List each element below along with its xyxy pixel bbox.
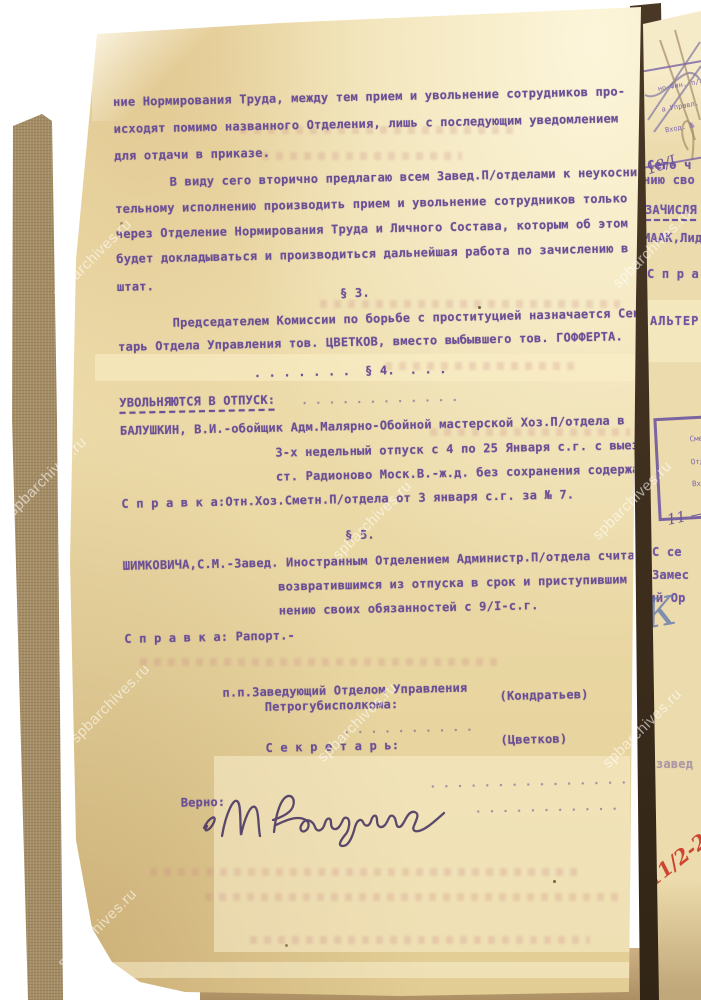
stamp-line: Отдела Упр.: [691, 455, 701, 467]
typed-line: . . . . . . . . . . .: [475, 800, 619, 816]
typed-line: Петрогубисполкома:: [265, 697, 399, 714]
dust-speck: [285, 944, 288, 947]
typed-line: УВОЛЬНЯЮТСЯ В ОТПУСК:: [119, 393, 275, 410]
side-fragment: С се: [652, 545, 682, 559]
typed-line: С п р а в к а: Рапорт.-: [124, 628, 295, 646]
typed-line: ШИМКОВИЧА,С.М.-Завед. Иностранным Отделе…: [123, 548, 643, 573]
typed-line: нению своих обязанностей с 9/I-с.г.: [279, 598, 539, 617]
typed-line: . . . . . . . . . . . .: [301, 391, 458, 407]
typed-line: Председателем Комиссии по борьбе с прост…: [173, 306, 663, 330]
typed-line: БАЛУШКИН, В.И.-обойщик Адм.Малярно-Обойн…: [120, 413, 625, 438]
typed-line: § 5.: [345, 528, 375, 543]
side-fragment: Сего ч: [647, 158, 692, 172]
typed-line: ние Нормирования Труда, между тем прием …: [113, 84, 625, 109]
side-fragment: С п р а: [647, 267, 699, 281]
side-fragment: МААК,Лид: [643, 231, 701, 245]
stamp-line: Вход. №: [664, 121, 694, 134]
side-fragment: ЗАЧИСЛЯ: [645, 203, 697, 217]
side-fragment: Замес: [652, 568, 689, 582]
typed-line: С е к р е т а р ь:: [265, 738, 399, 755]
typed-line: тельному исполнению производить прием и …: [115, 191, 627, 216]
typed-line: через Отделение Нормирования Труда и Лич…: [116, 216, 628, 241]
typed-line: § 3.: [340, 286, 370, 301]
typed-line: В виду сего вторично предлагаю всем Заве…: [170, 165, 645, 189]
typed-line: (Цветков): [500, 732, 567, 747]
side-fragment: нию сво: [643, 173, 695, 187]
signature-handwriting: [196, 780, 456, 854]
account-department-stamp: Сметно-Ф Отдела Упр. Вход. 11 —: [653, 414, 701, 521]
dust-speck: [553, 880, 556, 883]
stamp-line: а Управл. Петр: [661, 95, 701, 113]
side-fragment: завед: [656, 757, 693, 771]
stamp-handwritten-number: 11 —: [665, 495, 701, 532]
stamp-line: Сметно-Ф: [689, 433, 701, 444]
typed-line: тарь Отдела Управления тов. ЦВЕТКОВ, вме…: [118, 329, 623, 354]
next-sheet-light-band: [640, 300, 701, 362]
archival-scan: но-Фин. п/от а Управл. Петр Вход. № 18/I…: [0, 0, 701, 1000]
typed-line: (Кондратьев): [499, 687, 588, 703]
typed-line: . . . . . . . . . . . . . . .: [429, 773, 627, 790]
stamp-line: Вход.: [692, 478, 701, 488]
typed-line: 3-х недельный отпуск с 4 по 25 Января с.…: [275, 437, 684, 460]
typed-line: п.п.Заведующий Отделом Управления: [222, 681, 467, 700]
dust-speck: [120, 222, 123, 225]
typed-line: . . . . . . . § 4. . . .: [254, 362, 447, 380]
typed-line: для отдачи в приказе.: [114, 146, 270, 163]
dust-speck: [478, 306, 481, 309]
typed-line: будет докладываться и производиться даль…: [116, 241, 628, 266]
typed-line: исходят помимо названного Отделения, лиш…: [113, 111, 618, 136]
side-fragment: АЛЬТЕР: [650, 314, 699, 328]
typed-line: штат.: [117, 279, 154, 294]
stamp-line: но-Фин. п/от: [657, 76, 701, 93]
typed-line: возвратившимся из отпуска в срок и прист…: [278, 571, 694, 594]
typed-line: . . . . . . . . . .: [343, 721, 473, 737]
typed-line: ст. Радионово Моск.В.-ж.д. без сохранени…: [276, 461, 670, 483]
typed-line: С п р а в к а:Отн.Хоз.Сметн.П/отдела от …: [121, 487, 574, 510]
document-sheet: ние Нормирования Труда, между тем прием …: [0, 0, 701, 1000]
